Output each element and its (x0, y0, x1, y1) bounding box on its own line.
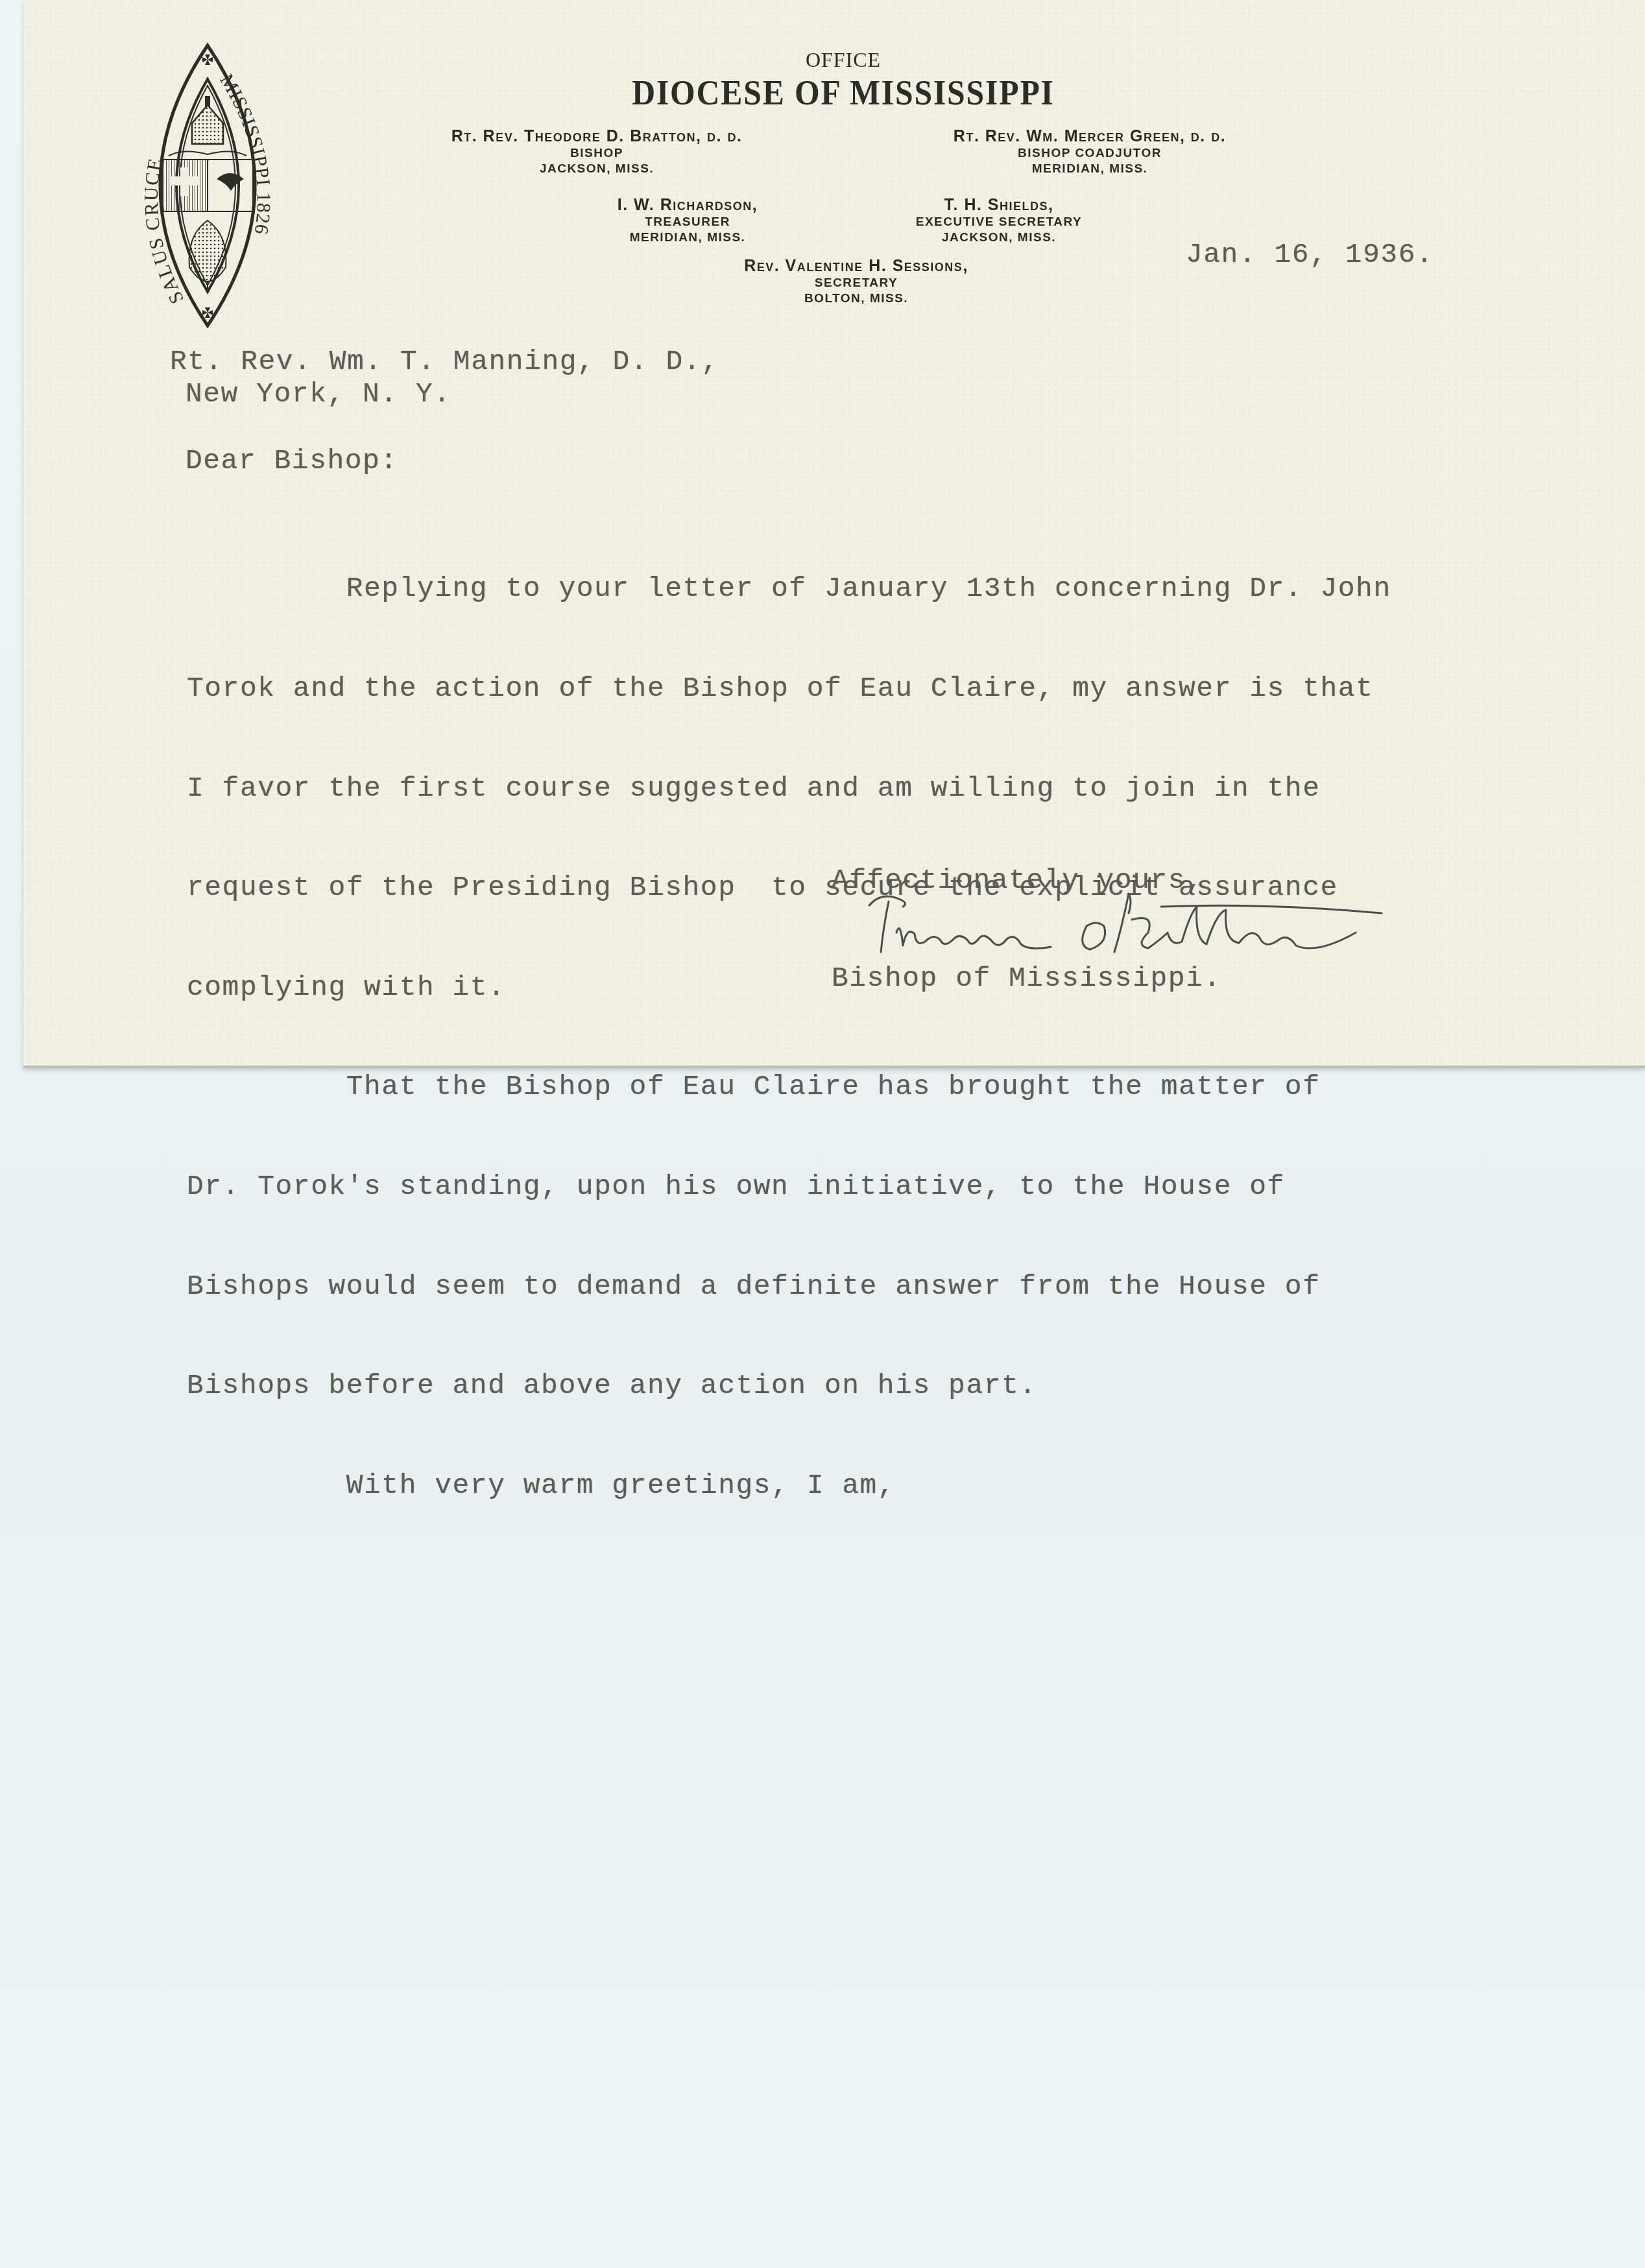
officer-executive-secretary: T. H. Shields, EXECUTIVE SECRETARY JACKS… (882, 196, 1116, 246)
letterhead-title: DIOCESE OF MISSISSIPPI (485, 73, 1201, 113)
body-line: With very warm greetings, I am, (187, 1469, 1391, 1502)
officer-name: Rt. Rev. Theodore D. Bratton, d. d. (389, 127, 804, 146)
officer-location: JACKSON, MISS. (882, 230, 1116, 246)
body-line: Bishops before and above any action on h… (187, 1369, 1391, 1402)
officer-bishop-coadjutor: Rt. Rev. Wm. Mercer Green, d. d. BISHOP … (895, 127, 1284, 177)
officer-secretary: Rev. Valentine H. Sessions, SECRETARY BO… (675, 257, 1038, 307)
body-line: Torok and the action of the Bishop of Ea… (187, 672, 1391, 705)
salutation: Dear Bishop: (186, 445, 398, 477)
officer-name: T. H. Shields, (882, 196, 1116, 215)
officer-role: BISHOP COADJUTOR (895, 146, 1284, 161)
officer-location: JACKSON, MISS. (389, 161, 804, 177)
letterhead-office-label: OFFICE (714, 48, 973, 72)
signature-title: Bishop of Mississippi. (832, 962, 1221, 994)
body-line: That the Bishop of Eau Claire has brough… (187, 1070, 1391, 1103)
body-line: I favor the first course suggested and a… (187, 772, 1391, 805)
officer-location: MERIDIAN, MISS. (558, 230, 817, 246)
body-line: Replying to your letter of January 13th … (187, 572, 1391, 605)
diocese-seal-icon: SALUS CRUCE MISSISSIPPI 1826 (119, 40, 296, 331)
officer-role: EXECUTIVE SECRETARY (882, 215, 1116, 230)
body-line: Bishops would seem to demand a definite … (187, 1270, 1391, 1303)
officer-treasurer: I. W. Richardson, TREASURER MERIDIAN, MI… (558, 196, 817, 246)
letter-date: Jan. 16, 1936. (1186, 239, 1434, 270)
officer-role: BISHOP (389, 146, 804, 161)
officer-bishop: Rt. Rev. Theodore D. Bratton, d. d. BISH… (389, 127, 804, 177)
officer-role: SECRETARY (675, 276, 1038, 291)
handwritten-signature: Theodore D. Bratton (863, 887, 1414, 959)
letter-body: Replying to your letter of January 13th … (187, 506, 1391, 1535)
officer-location: MERIDIAN, MISS. (895, 161, 1284, 177)
recipient-name: Rt. Rev. Wm. T. Manning, D. D., (170, 346, 719, 377)
officer-location: BOLTON, MISS. (675, 291, 1038, 307)
officer-name: Rev. Valentine H. Sessions, (675, 257, 1038, 276)
body-line: Dr. Torok's standing, upon his own initi… (187, 1170, 1391, 1203)
officer-name: I. W. Richardson, (558, 196, 817, 215)
officer-name: Rt. Rev. Wm. Mercer Green, d. d. (895, 127, 1284, 146)
officer-role: TREASURER (558, 215, 817, 230)
recipient-address: New York, N. Y. (186, 378, 451, 410)
